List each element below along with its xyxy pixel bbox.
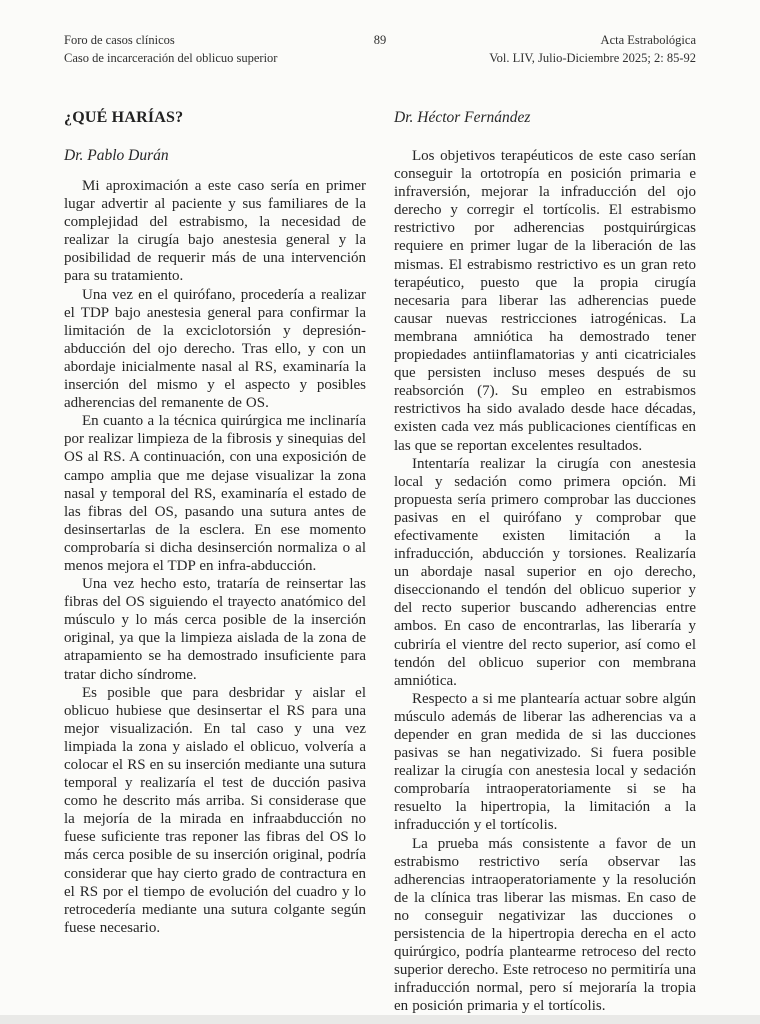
journal-name: Acta Estrabológica [489, 31, 696, 49]
journal-page: Foro de casos clínicos Caso de incarcera… [0, 0, 760, 1024]
header-right-block: Acta Estrabológica Vol. LIV, Julio-Dicie… [489, 31, 696, 67]
left-author: Dr. Pablo Durán [64, 146, 366, 166]
paragraph: Mi aproximación a este caso sería en pri… [64, 177, 366, 286]
paragraph: Es posible que para desbridar y aislar e… [64, 684, 366, 937]
right-column: Dr. Héctor Fernández Los objetivos terap… [394, 108, 696, 1016]
left-column: ¿QUÉ HARÍAS? Dr. Pablo Durán Mi aproxima… [64, 108, 366, 1016]
header-left-block: Foro de casos clínicos Caso de incarcera… [64, 31, 277, 67]
paragraph: La prueba más consistente a favor de un … [394, 835, 696, 1016]
journal-issue: Vol. LIV, Julio-Diciembre 2025; 2: 85-92 [489, 49, 696, 67]
paragraph: En cuanto a la técnica quirúrgica me inc… [64, 412, 366, 575]
paragraph: Una vez en el quirófano, procedería a re… [64, 286, 366, 413]
header-section-label: Foro de casos clínicos [64, 31, 277, 49]
scan-edge-artifact [0, 1015, 760, 1024]
paragraph: Respecto a si me plantearía actuar sobre… [394, 690, 696, 835]
page-header: Foro de casos clínicos Caso de incarcera… [64, 31, 696, 71]
paragraph: Intentaría realizar la cirugía con anest… [394, 455, 696, 690]
paragraph: Los objetivos terapéuticos de este caso … [394, 147, 696, 455]
article-title: ¿QUÉ HARÍAS? [64, 108, 366, 128]
page-number: 89 [374, 31, 387, 49]
article-body: ¿QUÉ HARÍAS? Dr. Pablo Durán Mi aproxima… [64, 108, 696, 1016]
paragraph: Una vez hecho esto, trataría de reinsert… [64, 575, 366, 684]
right-author: Dr. Héctor Fernández [394, 108, 696, 128]
header-case-title: Caso de incarceración del oblicuo superi… [64, 49, 277, 67]
